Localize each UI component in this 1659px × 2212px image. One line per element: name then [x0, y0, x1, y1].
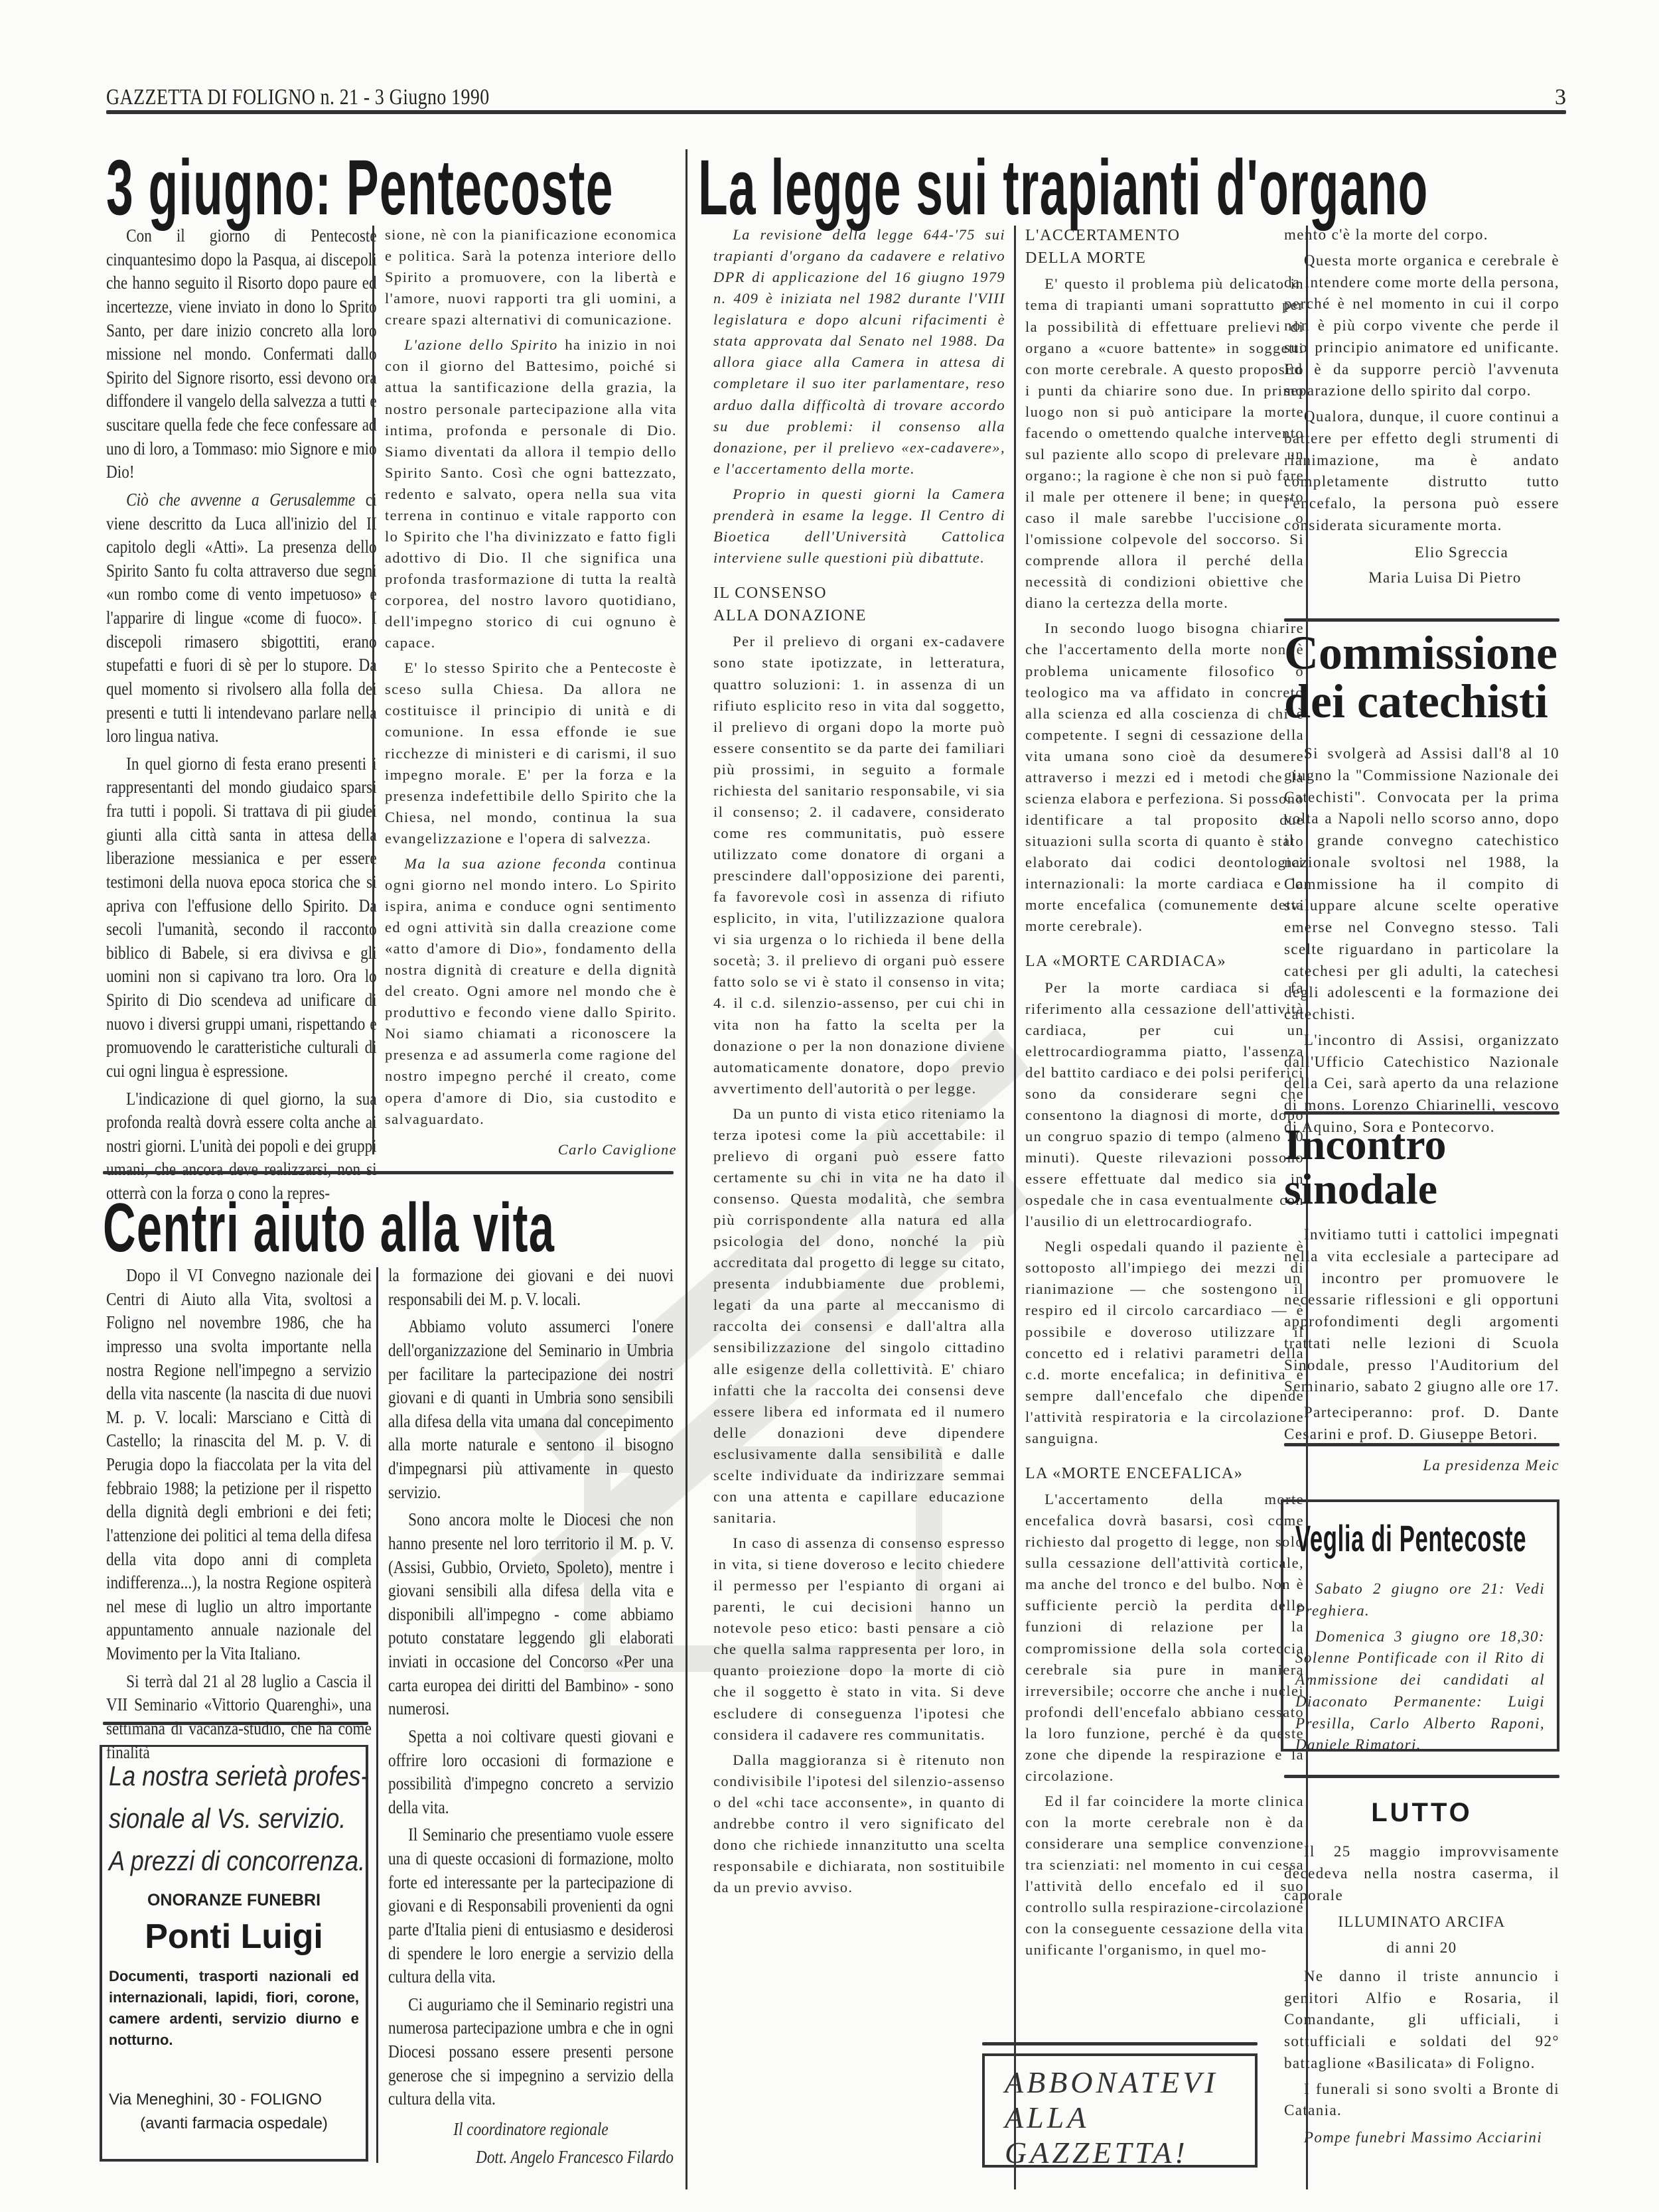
- headline-veglia: Veglia di Pentecoste: [1295, 1517, 1450, 1560]
- paragraph: E' questo il problema più delicato in te…: [1025, 273, 1304, 614]
- paragraph: L'indicazione di quel giorno, la sua pro…: [106, 1087, 377, 1206]
- masthead-title: GAZZETTA DI FOLIGNO n. 21 - 3 Giugno 199…: [106, 85, 490, 110]
- column-divider: [685, 149, 687, 236]
- paragraph: Abbiamo voluto assumerci l'onere dell'or…: [388, 1315, 674, 1504]
- intro-paragraph: Proprio in questi giorni la Camera prend…: [713, 484, 1005, 569]
- ad-business-name: Ponti Luigi: [109, 1917, 359, 1957]
- deceased-name: ILLUMINATO ARCIFA: [1284, 1911, 1559, 1933]
- masthead-rule: [106, 110, 1566, 114]
- paragraph: Ci auguriamo che il Seminario registri u…: [388, 1993, 674, 2111]
- headline-pentecoste: 3 giugno: Pentecoste: [106, 143, 614, 233]
- trapianti-column-1: La revisione della legge 644-'75 sui tra…: [713, 224, 1005, 1902]
- subscribe-text-line-1: ABBONATEVI: [1005, 2065, 1235, 2101]
- section-title: IL CONSENSOALLA DONAZIONE: [713, 582, 1005, 627]
- section-title: LA «MORTE ENCEFALICA»: [1025, 1462, 1304, 1485]
- paragraph: Ma la sua azione feconda continua ogni g…: [385, 853, 677, 1130]
- column-divider: [372, 226, 374, 1154]
- section-title: L'ACCERTAMENTODELLA MORTE: [1025, 224, 1304, 269]
- paragraph: Ed il far coincidere la morte clinica co…: [1025, 1791, 1304, 1961]
- paragraph: Il Seminario che presentiamo vuole esser…: [388, 1823, 674, 1988]
- paragraph: Invitiamo tutti i cattolici impegnati ne…: [1284, 1224, 1559, 1398]
- paragraph: Qualora, dunque, il cuore continui a bat…: [1284, 406, 1559, 537]
- signature: Pompe funebri Massimo Acciarini: [1284, 2127, 1559, 2149]
- divider-rule: [982, 2042, 1258, 2045]
- divider-rule: [103, 1722, 368, 1725]
- paragraph: L'accertamento della morte encefalica do…: [1025, 1489, 1304, 1787]
- paragraph: I funerali si sono svolti a Bronte di Ca…: [1284, 2079, 1559, 2122]
- paragraph: Questa morte organica e cerebrale è da i…: [1284, 250, 1559, 402]
- intro-paragraph: La revisione della legge 644-'75 sui tra…: [713, 224, 1005, 480]
- paragraph: Sono ancora molte le Diocesi che non han…: [388, 1508, 674, 1721]
- divider-rule: [1284, 618, 1559, 622]
- paragraph: E' lo stesso Spirito che a Pentecoste è …: [385, 657, 677, 849]
- column-divider: [1014, 226, 1016, 2189]
- ad-address-note: (avanti farmacia ospedale): [109, 2114, 359, 2133]
- centri-column-1: Dopo il VI Convegno nazionale dei Centri…: [106, 1264, 372, 1768]
- paragraph: Con il giorno di Pentecoste cinquantesim…: [106, 224, 377, 484]
- ad-services: Documenti, trasporti nazionali ed intern…: [109, 1966, 359, 2051]
- divider-rule: [1284, 1111, 1559, 1115]
- headline-commissione: Commissione dei catechisti: [1284, 629, 1557, 726]
- pentecoste-column-1: Con il giorno di Pentecoste cinquantesim…: [106, 224, 377, 1210]
- paragraph: Da un punto di vista etico riteniamo la …: [713, 1103, 1005, 1529]
- paragraph: Domenica 3 giugno ore 18,30: Solenne Pon…: [1295, 1626, 1545, 1757]
- centri-column-2: la formazione dei giovani e dei nuovi re…: [388, 1264, 674, 2173]
- trapianti-column-2: L'ACCERTAMENTODELLA MORTE E' questo il p…: [1025, 224, 1304, 1965]
- page-number: 3: [1555, 85, 1566, 110]
- signature: La presidenza Meic: [1284, 1455, 1559, 1477]
- pentecoste-column-2: sione, nè con la pianificazione economic…: [385, 224, 677, 1164]
- veglia-body: Sabato 2 giugno ore 21: Vedi Preghiera. …: [1295, 1578, 1545, 1756]
- ad-tagline: A prezzi di concorrenza.: [109, 1840, 324, 1882]
- sinodale-body: Invitiamo tutti i cattolici impegnati ne…: [1284, 1224, 1559, 1480]
- ad-address: Via Meneghini, 30 - FOLIGNO: [109, 2091, 359, 2109]
- headline-trapianti: La legge sui trapianti d'organo: [698, 143, 1429, 233]
- ad-tagline: sionale al Vs. servizio.: [109, 1797, 324, 1840]
- ad-category: ONORANZE FUNEBRI: [109, 1891, 359, 1910]
- paragraph: Per la morte cardiaca si fa riferimento …: [1025, 977, 1304, 1233]
- column-divider: [376, 1267, 378, 2163]
- author-name: Maria Luisa Di Pietro: [1284, 567, 1559, 589]
- paragraph: Ne danno il triste annuncio i genitori A…: [1284, 1966, 1559, 2075]
- paragraph: la formazione dei giovani e dei nuovi re…: [388, 1264, 674, 1311]
- column-divider: [685, 226, 687, 2189]
- divider-rule: [1284, 1775, 1559, 1778]
- signature-name: Dott. Angelo Francesco Filardo: [388, 2146, 674, 2170]
- ad-ponti-luigi: La nostra serietà profes- sionale al Vs.…: [100, 1745, 368, 2162]
- divider-rule: [1284, 1443, 1559, 1446]
- subscribe-text-line-2: ALLA GAZZETTA!: [1005, 2101, 1235, 2171]
- subscribe-box[interactable]: ABBONATEVI ALLA GAZZETTA!: [982, 2053, 1258, 2168]
- signature-role: Il coordinatore regionale: [388, 2118, 674, 2142]
- veglia-box: Veglia di Pentecoste Sabato 2 giugno ore…: [1281, 1499, 1559, 1752]
- italic-lead: Ciò che avvenne a Gerusalemme: [126, 490, 355, 510]
- paragraph: In caso di assenza di consenso espresso …: [713, 1533, 1005, 1746]
- headline-lutto: LUTTO: [1284, 1798, 1559, 1828]
- paragraph: In secondo luogo bisogna chiarire che l'…: [1025, 618, 1304, 937]
- author-signature: Carlo Caviglione: [385, 1139, 677, 1160]
- paragraph: Ciò che avvenne a Gerusalemme ci viene d…: [106, 488, 377, 748]
- paragraph: Dalla maggioranza si è ritenuto non cond…: [713, 1750, 1005, 1898]
- trapianti-column-3: mento c'è la morte del corpo. Questa mor…: [1284, 224, 1559, 593]
- lutto-body: Il 25 maggio improvvisamente decedeva ne…: [1284, 1841, 1559, 2153]
- paragraph: Il 25 maggio improvvisamente decedeva ne…: [1284, 1841, 1559, 1906]
- paragraph: Per il prelievo di organi ex-cadavere so…: [713, 631, 1005, 1099]
- paragraph: Spetta a noi coltivare questi giovani e …: [388, 1725, 674, 1820]
- headline-centri: Centri aiuto alla vita: [103, 1189, 555, 1268]
- headline-sinodale: Incontro sinodale: [1284, 1123, 1446, 1212]
- paragraph: Si svolgerà ad Assisi dall'8 al 10 giugn…: [1284, 743, 1559, 1026]
- paragraph: In quel giorno di festa erano presenti i…: [106, 752, 377, 1083]
- paragraph: Negli ospedali quando il paziente è sott…: [1025, 1236, 1304, 1449]
- ad-tagline: La nostra serietà profes-: [109, 1755, 324, 1797]
- paragraph: Parteciperanno: prof. D. Dante Cesarini …: [1284, 1402, 1559, 1446]
- divider-rule: [103, 1171, 674, 1174]
- deceased-age: di anni 20: [1284, 1937, 1559, 1959]
- section-title: LA «MORTE CARDIACA»: [1025, 950, 1304, 973]
- paragraph: Dopo il VI Convegno nazionale dei Centri…: [106, 1264, 372, 1666]
- paragraph: Sabato 2 giugno ore 21: Vedi Preghiera.: [1295, 1578, 1545, 1622]
- paragraph: L'azione dello Spirito ha inizio in noi …: [385, 334, 677, 654]
- author-name: Elio Sgreccia: [1284, 542, 1559, 564]
- paragraph: sione, nè con la pianificazione economic…: [385, 224, 677, 330]
- commissione-body: Si svolgerà ad Assisi dall'8 al 10 giugn…: [1284, 743, 1559, 1142]
- paragraph: mento c'è la morte del corpo.: [1284, 224, 1559, 246]
